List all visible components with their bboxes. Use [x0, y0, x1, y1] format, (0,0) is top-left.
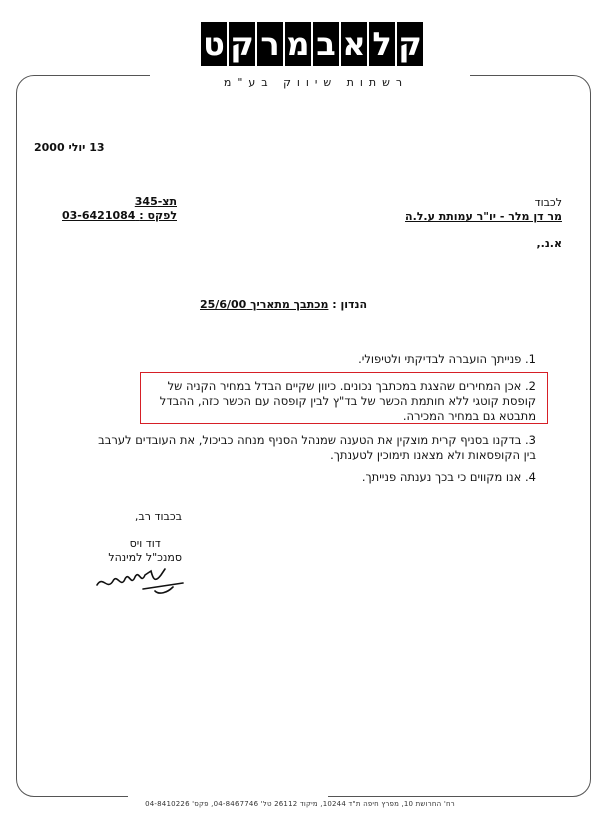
footer-address: רח' החרושת 10, מפרץ חיפה ת"ד 10244, מיקו…	[130, 800, 470, 808]
list-item: 1. פנייתך הועברה לבדיקתי ולטיפולי.	[358, 352, 536, 367]
list-item: 4. אנו מקווים כי בכך נענתה פנייתך.	[362, 470, 536, 485]
reference-number: תצ-345	[62, 195, 177, 209]
fax-label: לפקס :	[139, 209, 177, 222]
logo-letter: ב	[313, 22, 339, 66]
item-text: אנו מקווים כי בכך נענתה פנייתך.	[362, 470, 522, 484]
logo-letter: א	[341, 22, 367, 66]
fax-block: תצ-345 לפקס : 03-6421084	[62, 195, 177, 223]
item-number: 1.	[525, 352, 536, 366]
recipient-salutation: לכבוד	[405, 196, 562, 210]
item-text: בדקנו בסניף קרית מוצקין את הטענה שמנהל ה…	[98, 433, 536, 462]
signer-title: סמנכ"ל למינהל	[108, 551, 182, 565]
subject-value: מכתבך מתאריך 25/6/00	[200, 298, 328, 311]
item-number: 4.	[525, 470, 536, 484]
list-item: 3. בדקנו בסניף קרית מוצקין את הטענה שמנה…	[96, 433, 536, 463]
logo-letter: מ	[285, 22, 311, 66]
logo-letter: ט	[201, 22, 227, 66]
closing: בכבוד רב,	[135, 510, 182, 523]
item-number: 2.	[525, 379, 536, 393]
item-number: 3.	[525, 433, 536, 447]
signer-block: דוד ויס סמנכ"ל למינהל	[108, 537, 182, 565]
company-tagline: רשתות שיווק בע"מ	[196, 76, 436, 89]
subject-line: הנדון : מכתבך מתאריך 25/6/00	[200, 298, 367, 311]
recipient-name: מר דן מלר - יו"ר עמותת ע.ל.ה	[405, 210, 562, 224]
logo-letter: ל	[369, 22, 395, 66]
subject-label: הנדון :	[332, 298, 367, 311]
signer-name: דוד ויס	[108, 537, 182, 551]
handwritten-signature	[95, 565, 185, 605]
recipient-block: לכבוד מר דן מלר - יו"ר עמותת ע.ל.ה	[405, 196, 562, 224]
logo-letter: ר	[257, 22, 283, 66]
fax-number: 03-6421084	[62, 209, 135, 222]
item-text: פנייתך הועברה לבדיקתי ולטיפולי.	[358, 352, 521, 366]
greeting: א.נ.,	[536, 237, 562, 250]
item-text: אכן המחירים שהצגת במכתבך נכונים. כיוון ש…	[160, 379, 536, 423]
letter-date: 13 יולי 2000	[34, 141, 105, 154]
logo-letter: ק	[397, 22, 423, 66]
company-logo: ט ק ר מ ב א ל ק	[201, 22, 423, 68]
fax-line: לפקס : 03-6421084	[62, 209, 177, 223]
logo-letter: ק	[229, 22, 255, 66]
list-item-highlighted: 2. אכן המחירים שהצגת במכתבך נכונים. כיוו…	[136, 379, 536, 424]
